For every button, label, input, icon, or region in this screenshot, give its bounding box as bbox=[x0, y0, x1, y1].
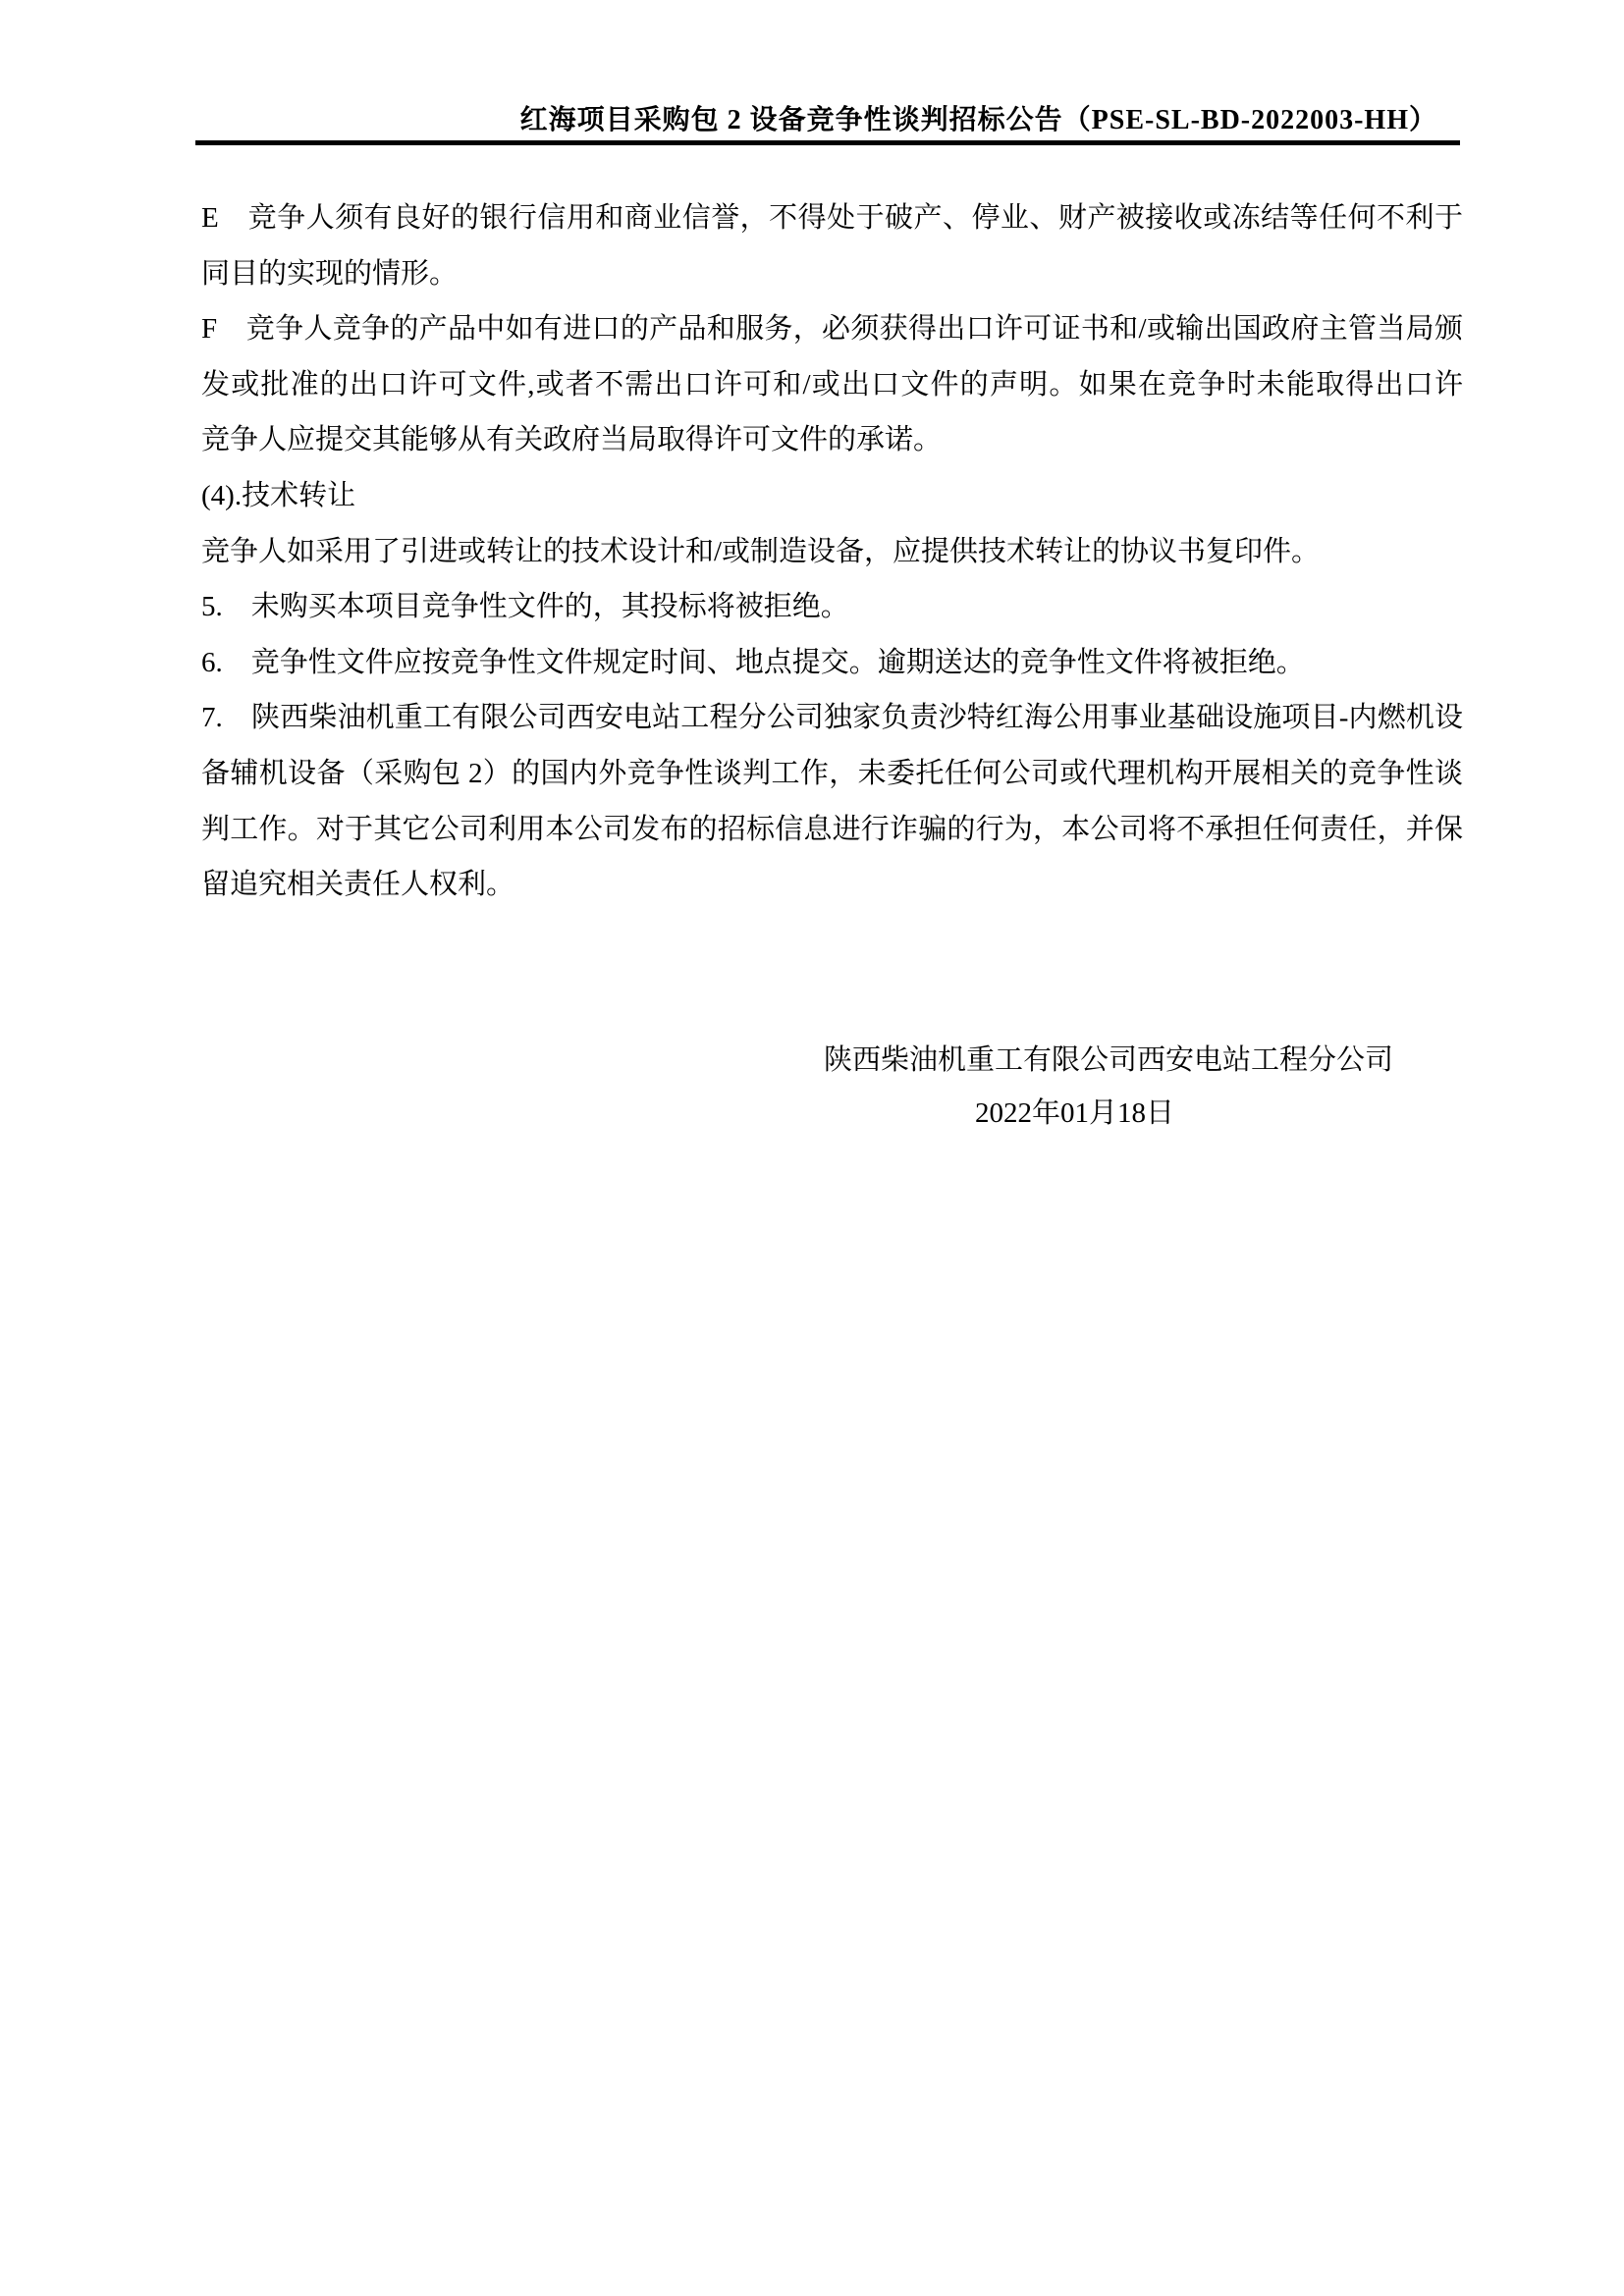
body-line: 同目的实现的情形。 bbox=[201, 246, 1463, 302]
page-header-title: 红海项目采购包 2 设备竞争性谈判招标公告（PSE-SL-BD-2022003-… bbox=[520, 98, 1437, 137]
body-line: F 竞争人竞争的产品中如有进口的产品和服务，必须获得出口许可证书和/或输出国政府… bbox=[201, 301, 1463, 357]
body-line: 6. 竞争性文件应按竞争性文件规定时间、地点提交。逾期送达的竞争性文件将被拒绝。 bbox=[201, 635, 1463, 691]
body-line: 备辅机设备（采购包 2）的国内外竞争性谈判工作，未委托任何公司或代理机构开展相关… bbox=[201, 746, 1463, 802]
header-rule bbox=[195, 140, 1460, 145]
document-page: 红海项目采购包 2 设备竞争性谈判招标公告（PSE-SL-BD-2022003-… bbox=[0, 0, 1624, 2296]
body-line: 留追究相关责任人权利。 bbox=[201, 857, 1463, 913]
body-line: 5. 未购买本项目竞争性文件的，其投标将被拒绝。 bbox=[201, 579, 1463, 635]
body-line: (4).技术转让 bbox=[201, 468, 1463, 524]
document-body: E 竞争人须有良好的银行信用和商业信誉，不得处于破产、停业、财产被接收或冻结等任… bbox=[201, 190, 1463, 913]
body-line: 7. 陕西柴油机重工有限公司西安电站工程分公司独家负责沙特红海公用事业基础设施项… bbox=[201, 690, 1463, 746]
body-line: 竞争人如采用了引进或转让的技术设计和/或制造设备，应提供技术转让的协议书复印件。 bbox=[201, 524, 1463, 580]
body-line: E 竞争人须有良好的银行信用和商业信誉，不得处于破产、停业、财产被接收或冻结等任… bbox=[201, 190, 1463, 246]
body-line: 发或批准的出口许可文件,或者不需出口许可和/或出口文件的声明。如果在竞争时未能取… bbox=[201, 357, 1463, 413]
signature-date: 2022年01月18日 bbox=[975, 1086, 1174, 1142]
signature-company: 陕西柴油机重工有限公司西安电站工程分公司 bbox=[824, 1033, 1393, 1089]
body-line: 竞争人应提交其能够从有关政府当局取得许可文件的承诺。 bbox=[201, 412, 1463, 468]
body-line: 判工作。对于其它公司利用本公司发布的招标信息进行诈骗的行为，本公司将不承担任何责… bbox=[201, 802, 1463, 858]
